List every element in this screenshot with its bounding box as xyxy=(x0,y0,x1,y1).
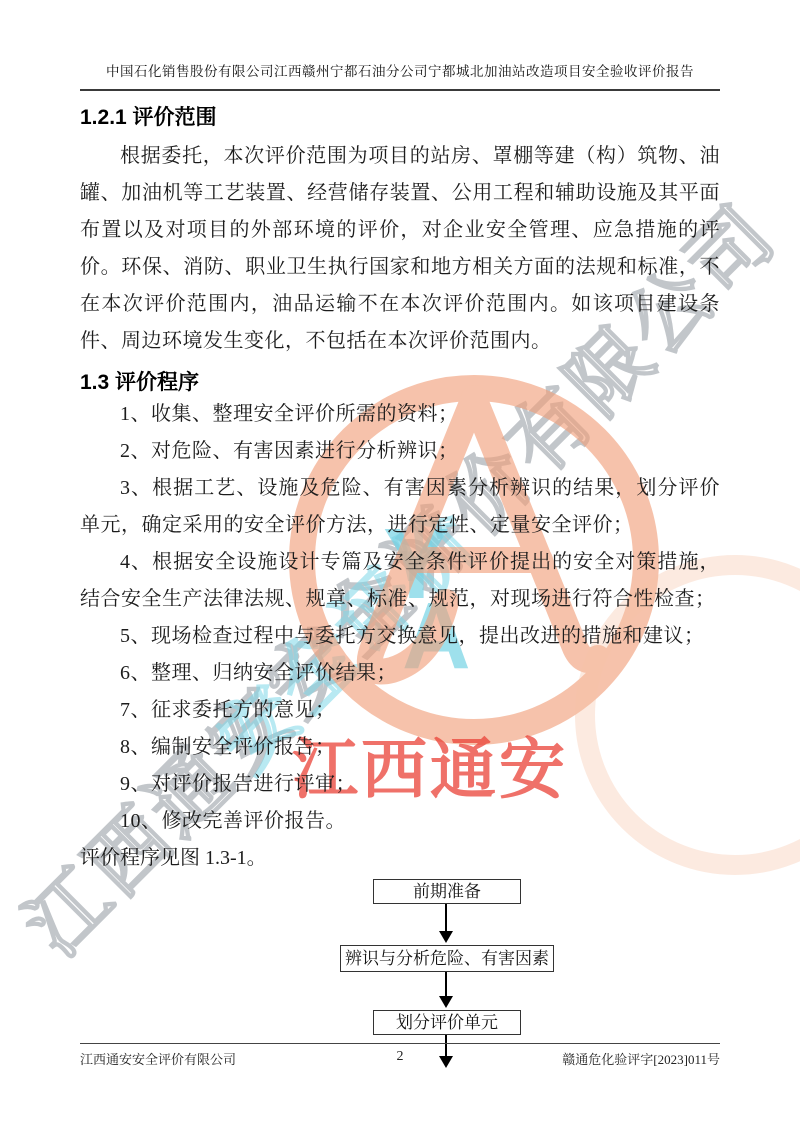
section-heading-1-3: 1.3 评价程序 xyxy=(80,369,720,396)
page-content: 中国石化销售股份有限公司江西赣州宁都石油分公司宁都城北加油站改造项目安全验收评价… xyxy=(80,0,720,1079)
section-1-2-1-paragraph: 根据委托，本次评价范围为项目的站房、罩棚等建（构）筑物、油罐、加油机等工艺装置、… xyxy=(80,138,720,360)
footer-company: 江西通安安全评价有限公司 xyxy=(80,1049,293,1068)
procedure-item-4: 4、根据安全设施设计专篇及安全条件评价提出的安全对策措施，结合安全生产法律法规、… xyxy=(80,544,720,618)
procedure-item-5: 5、现场检查过程中与委托方交换意见，提出改进的措施和建议； xyxy=(80,618,720,655)
page-header-title: 中国石化销售股份有限公司江西赣州宁都石油分公司宁都城北加油站改造项目安全验收评价… xyxy=(80,63,720,80)
flow-arrow-line-1 xyxy=(445,904,447,932)
flowchart-step-3: 划分评价单元 xyxy=(373,1010,521,1035)
procedure-item-1: 1、收集、整理安全评价所需的资料； xyxy=(80,396,720,433)
document-page: 江西通安安全评价有限公司 安全评价 Y A 江西通安 中国石化销售股份有限公司江… xyxy=(0,0,800,1131)
footer-page-number: 2 xyxy=(293,1049,506,1068)
procedure-item-3: 3、根据工艺、设施及危险、有害因素分析辨识的结果，划分评价单元，确定采用的安全评… xyxy=(80,470,720,544)
figure-reference: 评价程序见图 1.3-1。 xyxy=(80,840,720,877)
procedure-item-6: 6、整理、归纳安全评价结果； xyxy=(80,655,720,692)
procedure-item-10: 10、修改完善评价报告。 xyxy=(80,803,720,840)
procedure-item-8: 8、编制安全评价报告； xyxy=(80,729,720,766)
section-heading-1-2-1: 1.2.1 评价范围 xyxy=(80,104,720,131)
procedure-item-2: 2、对危险、有害因素进行分析辨识； xyxy=(80,433,720,470)
flowchart-step-2: 辨识与分析危险、有害因素 xyxy=(340,945,554,972)
flow-arrowhead-icon-1 xyxy=(439,931,453,943)
flow-arrowhead-icon-2 xyxy=(439,996,453,1008)
header-rule xyxy=(80,89,720,91)
footer-doc-number: 赣通危化验评字[2023]011号 xyxy=(507,1049,720,1068)
page-footer: 江西通安安全评价有限公司 2 赣通危化验评字[2023]011号 xyxy=(80,1043,720,1068)
flowchart-step-1: 前期准备 xyxy=(373,879,521,904)
flow-arrow-line-2 xyxy=(445,972,447,997)
procedure-item-7: 7、征求委托方的意见； xyxy=(80,692,720,729)
procedure-item-9: 9、对评价报告进行评审； xyxy=(80,766,720,803)
